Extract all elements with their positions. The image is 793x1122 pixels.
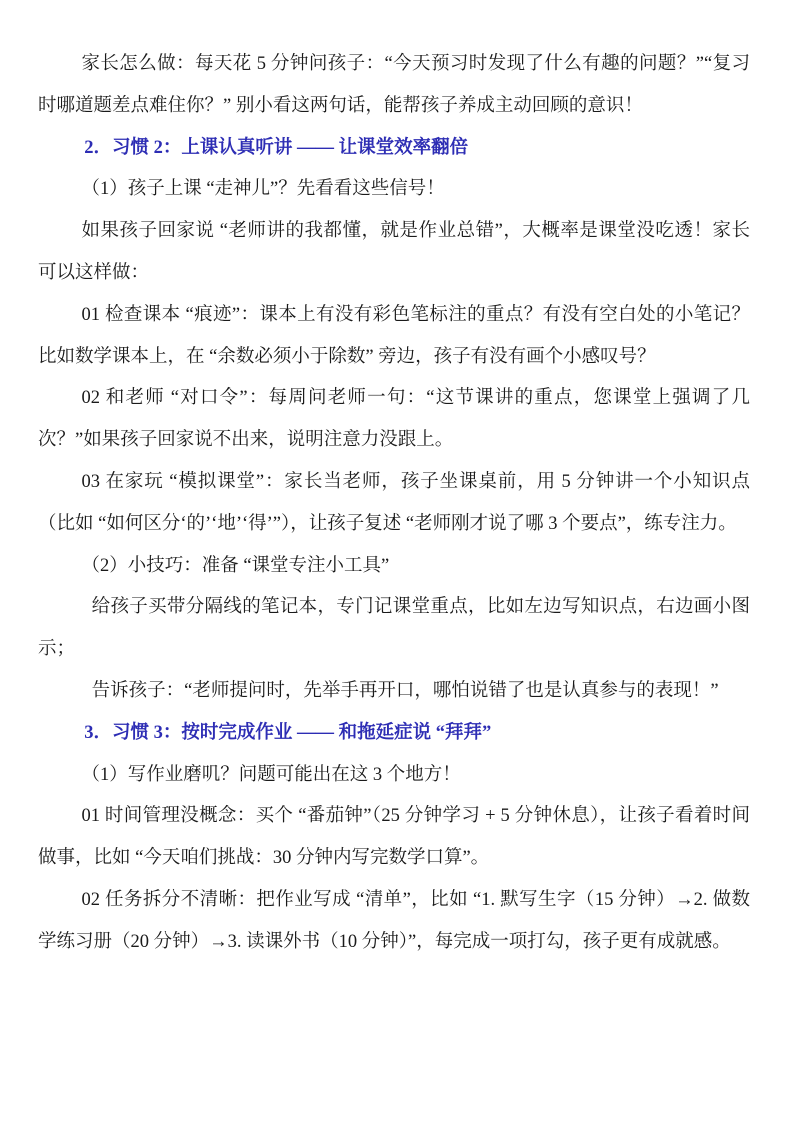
paragraph-homework-problems: （1）写作业磨叽？问题可能出在这 3 个地方！ <box>38 755 750 797</box>
document-body: 家长怎么做：每天花 5 分钟问孩子：“今天预习时发现了什么有趣的问题？”“复习时… <box>38 44 750 964</box>
section-heading-habit-2: 2．习惯 2：上课认真听讲 —— 让课堂效率翻倍 <box>38 128 750 170</box>
paragraph-small-trick: （2）小技巧：准备 “课堂专注小工具” <box>38 546 750 588</box>
paragraph-class-not-digested: 如果孩子回家说 “老师讲的我都懂，就是作业总错”，大概率是课堂没吃透！家长可以这… <box>38 211 750 295</box>
paragraph-parent-tip: 家长怎么做：每天花 5 分钟问孩子：“今天预习时发现了什么有趣的问题？”“复习时… <box>38 44 750 128</box>
paragraph-tip-03-mock-class: 03 在家玩 “模拟课堂”：家长当老师，孩子坐课桌前，用 5 分钟讲一个小知识点… <box>38 462 750 546</box>
paragraph-tip-01-tomato-timer: 01 时间管理没概念：买个 “番茄钟”（25 分钟学习 + 5 分钟休息），让孩… <box>38 796 750 880</box>
document-page: 家长怎么做：每天花 5 分钟问孩子：“今天预习时发现了什么有趣的问题？”“复习时… <box>0 0 793 1122</box>
paragraph-signal-intro: （1）孩子上课 “走神儿”？先看看这些信号！ <box>38 169 750 211</box>
section-heading-habit-3: 3．习惯 3：按时完成作业 —— 和拖延症说 “拜拜” <box>38 713 750 755</box>
paragraph-tip-02-ask-teacher: 02 和老师 “对口令”：每周问老师一句：“这节课讲的重点，您课堂上强调了几次？… <box>38 378 750 462</box>
paragraph-notebook-advice: 给孩子买带分隔线的笔记本，专门记课堂重点，比如左边写知识点，右边画小图示； <box>38 587 750 671</box>
paragraph-tip-01-check-book: 01 检查课本 “痕迹”：课本上有没有彩色笔标注的重点？有没有空白处的小笔记？比… <box>38 295 750 379</box>
paragraph-tip-02-task-list: 02 任务拆分不清晰：把作业写成 “清单”，比如 “1. 默写生字（15 分钟）… <box>38 880 750 964</box>
paragraph-raise-hand-advice: 告诉孩子：“老师提问时，先举手再开口，哪怕说错了也是认真参与的表现！” <box>38 671 750 713</box>
